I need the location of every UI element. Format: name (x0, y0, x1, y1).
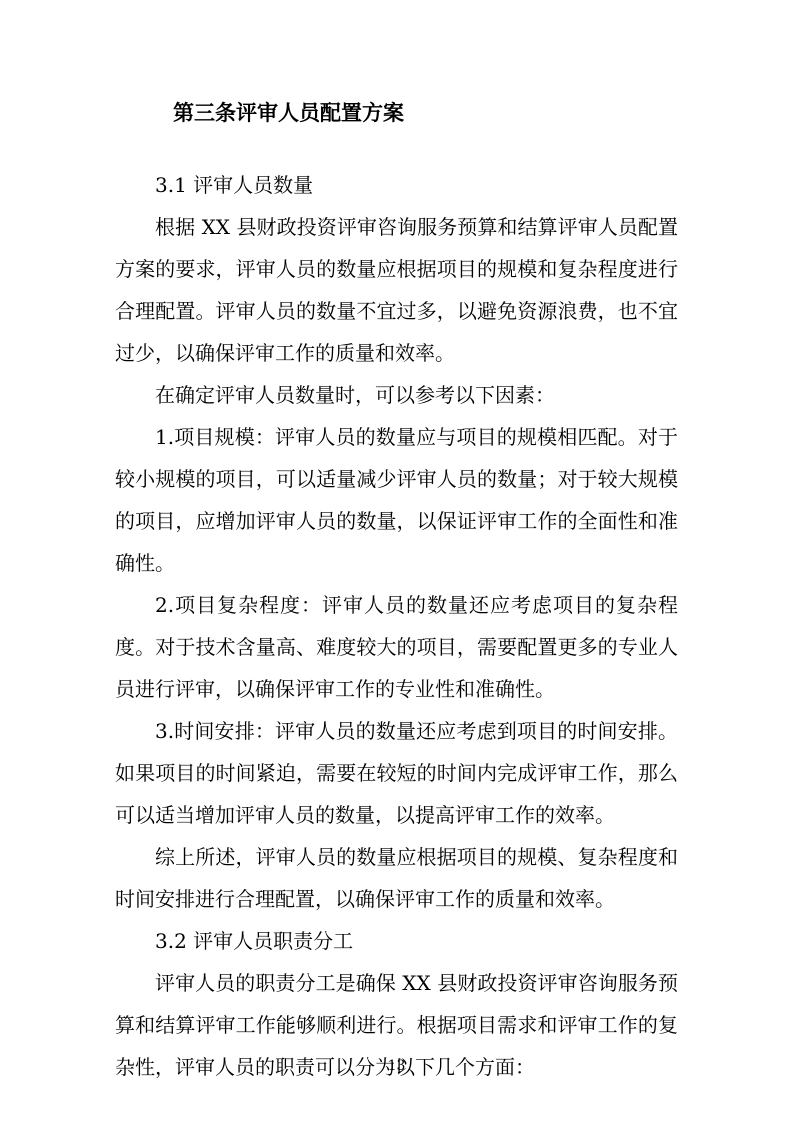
document-title: 第三条评审人员配置方案 (173, 92, 678, 134)
document-page: 第三条评审人员配置方案 3.1 评审人员数量根据 XX 县财政投资评审咨询服务预… (0, 0, 793, 1122)
paragraph: 2.项目复杂程度：评审人员的数量还应考虑项目的复杂程度。对于技术含量高、难度较大… (115, 584, 678, 710)
page-number: 13 (0, 1056, 793, 1076)
paragraph: 根据 XX 县财政投资评审咨询服务预算和结算评审人员配置方案的要求，评审人员的数… (115, 206, 678, 374)
section-heading: 3.1 评审人员数量 (115, 164, 678, 206)
paragraph: 在确定评审人员数量时，可以参考以下因素： (115, 374, 678, 416)
paragraph: 综上所述，评审人员的数量应根据项目的规模、复杂程度和时间安排进行合理配置，以确保… (115, 836, 678, 920)
document-body: 3.1 评审人员数量根据 XX 县财政投资评审咨询服务预算和结算评审人员配置方案… (115, 164, 678, 1088)
paragraph: 1.项目规模：评审人员的数量应与项目的规模相匹配。对于较小规模的项目，可以适量减… (115, 416, 678, 584)
section-heading: 3.2 评审人员职责分工 (115, 920, 678, 962)
paragraph: 3.时间安排：评审人员的数量还应考虑到项目的时间安排。如果项目的时间紧迫，需要在… (115, 710, 678, 836)
